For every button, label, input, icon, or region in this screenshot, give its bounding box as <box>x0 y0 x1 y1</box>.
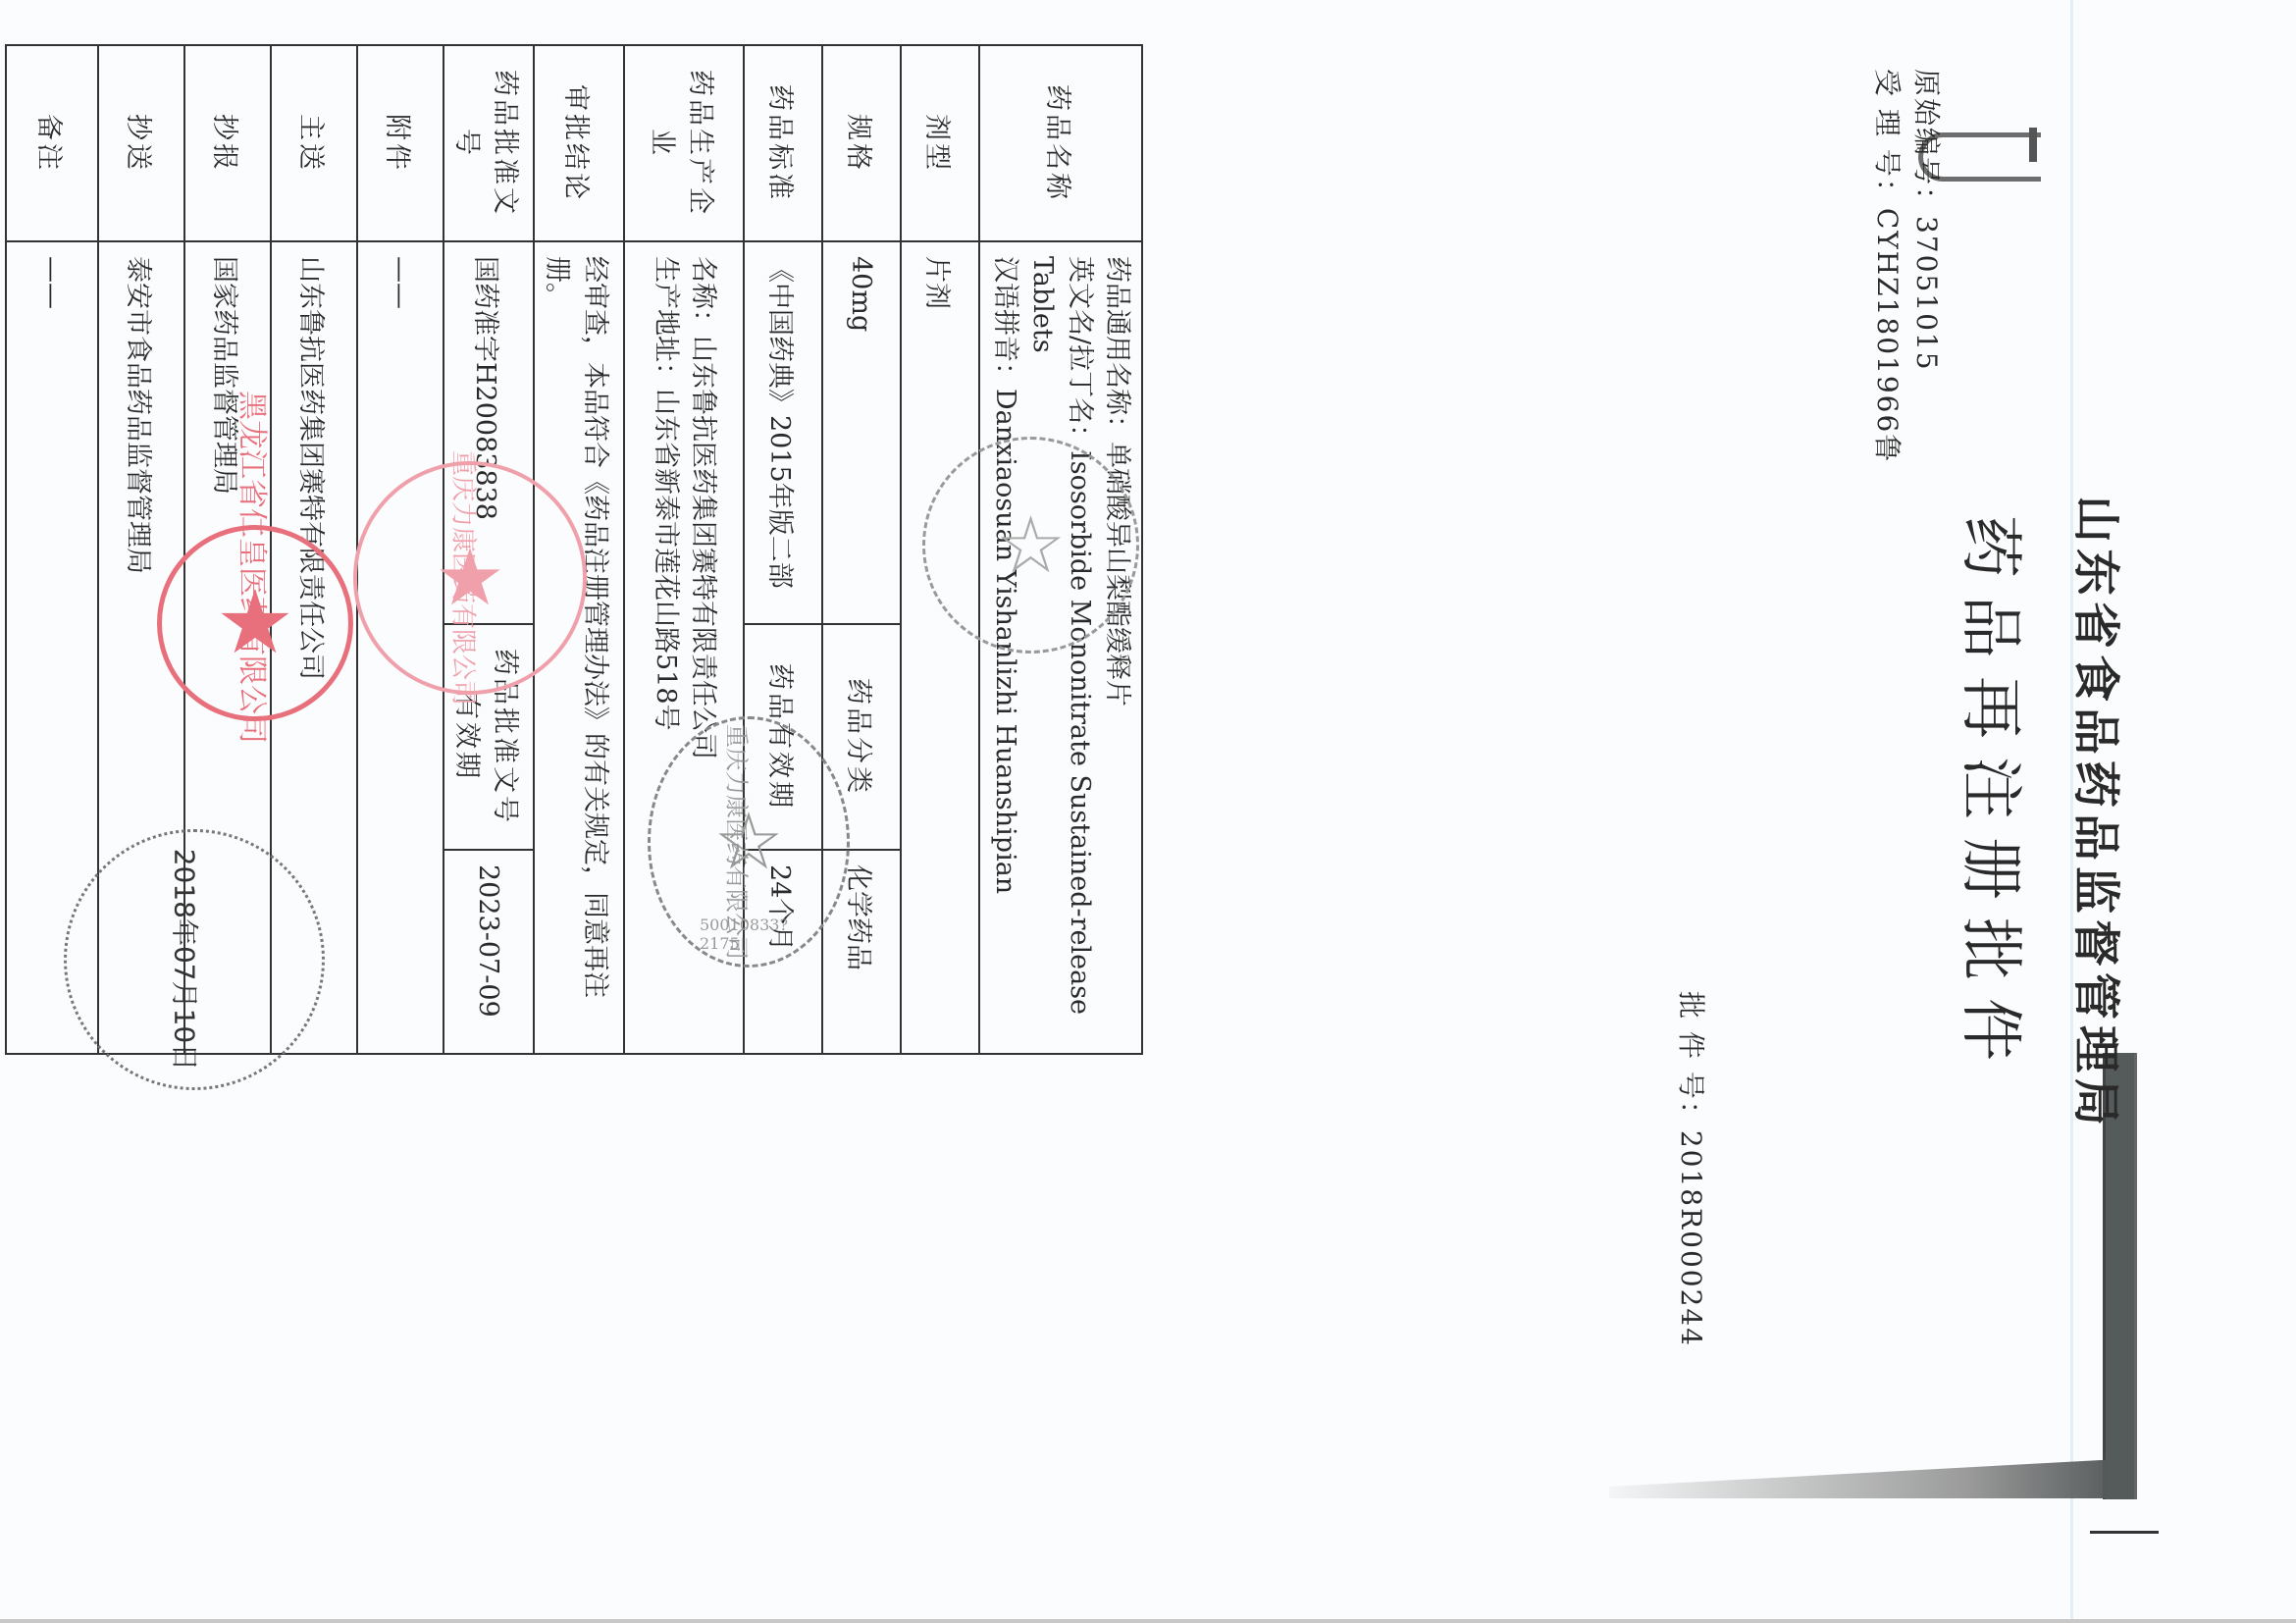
agency-name: 山东省食品药品监督管理局 <box>2066 496 2134 1131</box>
star-icon: ☆ <box>996 506 1067 585</box>
english-name-label: 英文名/拉丁名： <box>1065 256 1095 450</box>
label-conclusion: 审批结论 <box>534 45 624 241</box>
original-number-line: 原始编号：37051015 <box>1908 69 1948 372</box>
manufacturer-address: 山东省新泰市莲花山路518号 <box>651 389 681 731</box>
acceptance-number-line: 受 理 号：CYHZ1801966鲁 <box>1869 69 1908 463</box>
acceptance-number: CYHZ1801966鲁 <box>1871 208 1904 463</box>
spec-value: 40mg <box>822 241 901 624</box>
red-company-seal-2: ★ 重庆力康医药有限公司 <box>353 461 587 695</box>
manufacturer-name-label: 名称： <box>688 256 718 336</box>
label-approval-number: 药品批准文号 <box>444 45 534 241</box>
dosage-form-value: 片剂 <box>901 241 979 1054</box>
label-report-to: 抄报 <box>184 45 271 241</box>
red-company-seal-1: ★ 黑龙江省仁皇医药有限公司 <box>157 525 353 721</box>
seal-text: 黑龙江省仁皇医药有限公司 <box>234 391 277 744</box>
original-number: 37051015 <box>1910 216 1943 372</box>
approval-document: 山东省食品药品监督管理局 药品再注册批件 受 理 号：CYHZ1801966鲁 … <box>0 0 2296 1623</box>
date-seal: 2018年07月10日 <box>64 829 325 1090</box>
manufacturer-address-label: 生产地址： <box>651 256 681 389</box>
label-standard: 药品标准 <box>744 45 822 241</box>
label-manufacturer: 药品生产企业 <box>624 45 744 241</box>
original-number-label: 原始编号： <box>1910 69 1943 216</box>
seal-number: 50010833?2175 <box>700 916 798 953</box>
document-title: 药品再注册批件 <box>1951 515 2041 1078</box>
standard-value: 《中国药典》2015年版二部 <box>744 241 822 624</box>
seal-date: 2018年07月10日 <box>166 849 205 1072</box>
label-remarks: 备注 <box>6 45 98 241</box>
approval-label: 批 件 号： <box>1675 991 1707 1130</box>
manufacturer-name: 山东鲁抗医药集团赛特有限责任公司 <box>688 336 718 759</box>
approval-expiry-value: 2023-07-09 <box>444 850 534 1054</box>
gray-company-seal: ☆ 重庆力康医药有限公司 50010833?2175 <box>648 716 850 968</box>
pinyin-label: 汉语拼音： <box>990 256 1020 389</box>
generic-name-label: 药品通用名称： <box>1102 256 1132 442</box>
seal-text: 重庆力康医药有限公司 <box>446 450 483 706</box>
label-drug-name: 药品名称 <box>979 45 1142 241</box>
approval-number: 2018R000244 <box>1675 1130 1707 1347</box>
gray-agency-seal: ☆ <box>922 437 1139 654</box>
label-dosage-form: 剂型 <box>901 45 979 241</box>
label-attachment: 附件 <box>357 45 444 241</box>
approval-number-line: 批 件 号：2018R000244 <box>1673 991 1712 1347</box>
label-copy-to: 抄送 <box>98 45 184 241</box>
label-main-recipient: 主送 <box>271 45 357 241</box>
acceptance-label: 受 理 号： <box>1871 69 1904 208</box>
label-spec: 规格 <box>822 45 901 241</box>
